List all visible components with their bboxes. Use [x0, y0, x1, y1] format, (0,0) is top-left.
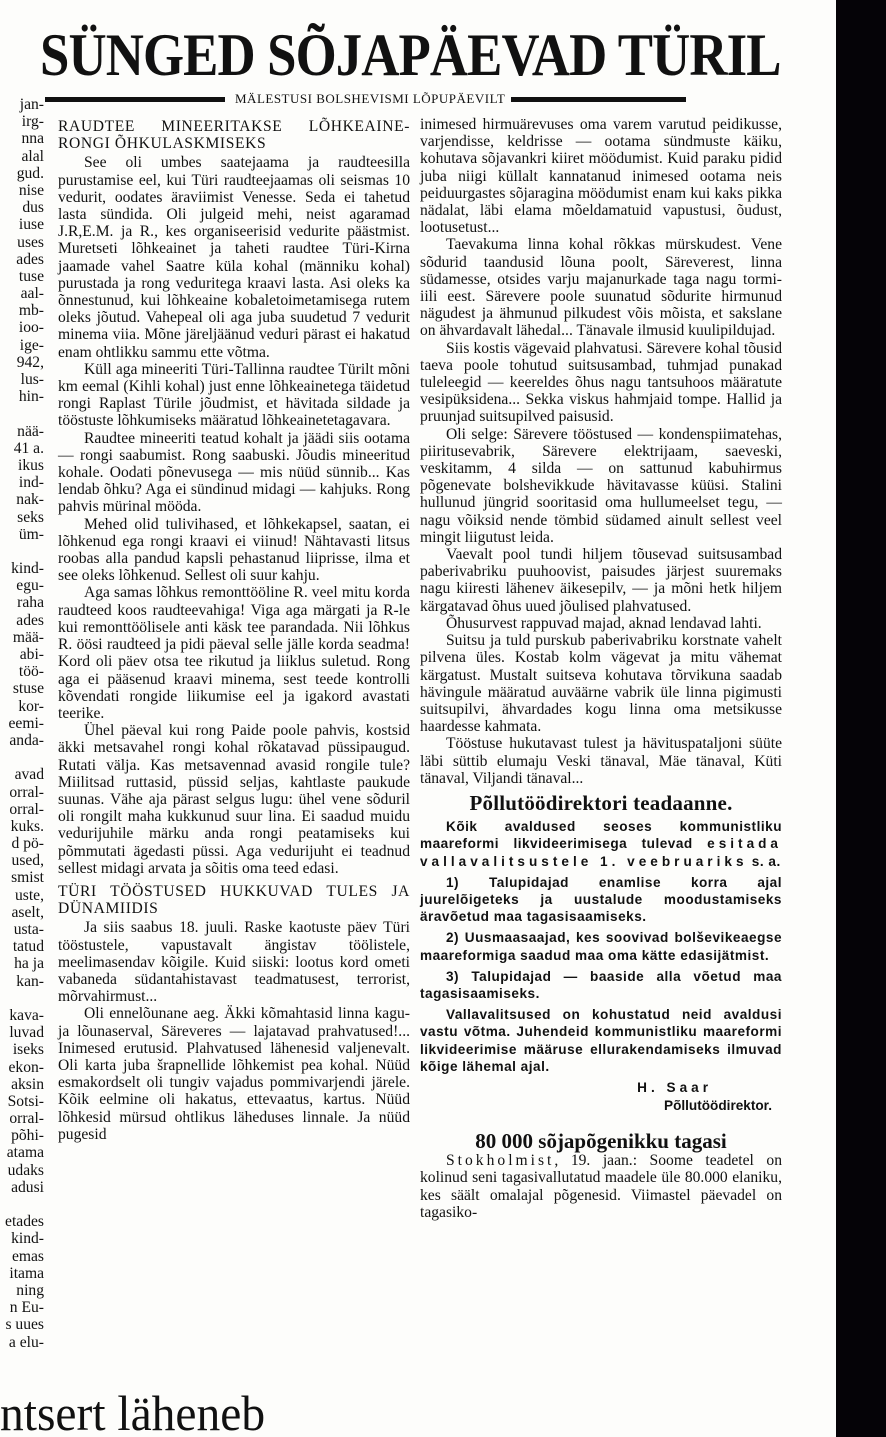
fragment-line: kava- [0, 1007, 44, 1024]
fragment-line: raha [0, 594, 44, 611]
paragraph: Mehed olid tulivihased, et lõhkekapsel, … [58, 516, 410, 585]
notice-closing: Vallavalitsused on kohustatud neid avald… [420, 1006, 782, 1075]
fragment-line: irg- [0, 113, 44, 130]
fragment-line: nise [0, 182, 44, 199]
fragment-line: uses [0, 234, 44, 251]
paragraph: Aga samas lõhkus remonttööline R. veel m… [58, 584, 410, 722]
fragment-line [0, 1196, 44, 1213]
subheadline-row: MÄLESTUSI BOLSHEVISMI LÕPUPÄEVILT [45, 91, 780, 107]
fragment-line: ekon- [0, 1059, 44, 1076]
fragment-line: Sotsi- [0, 1093, 44, 1110]
paragraph: Vaevalt pool tundi hiljem tõusevad suits… [420, 546, 782, 615]
fragment-line: tatud [0, 938, 44, 955]
paragraph: Ühel päeval kui rong Paide poole pahvis,… [58, 722, 410, 877]
notice-item: 1) Talupidajad enamlise korra ajal juure… [420, 874, 782, 926]
fragment-line: orral- [0, 784, 44, 801]
fragment-line: usta- [0, 921, 44, 938]
fragment-line: orral- [0, 1110, 44, 1127]
notice-intro: Kõik avaldused seoses kommunistliku maar… [420, 818, 782, 870]
paragraph: Oli selge: Särevere tööstused — kondensp… [420, 426, 782, 546]
fragment-line: itama [0, 1265, 44, 1282]
fragment-line: ige- [0, 337, 44, 354]
fragment-line: egu- [0, 577, 44, 594]
fragment-line: tuse [0, 268, 44, 285]
notice-intro-end: s. a. [748, 854, 781, 869]
news-title: 80 000 sõjapõgenikku tagasi [420, 1133, 782, 1150]
fragment-line: nak- [0, 491, 44, 508]
signature-name: H. Saar [420, 1079, 782, 1097]
fragment-line [0, 543, 44, 560]
fragment-line: emas [0, 1248, 44, 1265]
fragment-line: nää- [0, 423, 44, 440]
fragment-line: orral- [0, 801, 44, 818]
paragraph: Ja siis saabus 18. juuli. Raske kaotuste… [58, 919, 410, 1005]
fragment-line: 41 a. [0, 440, 44, 457]
fragment-line: ikus [0, 457, 44, 474]
fragment-line: a elu- [0, 1334, 44, 1351]
paragraph: Siis kostis vägevaid plahvatusi. Särever… [420, 340, 782, 426]
fragment-line: seks [0, 509, 44, 526]
fragment-line: kan- [0, 973, 44, 990]
fragment-line: gud. [0, 165, 44, 182]
fragment-line: dus [0, 199, 44, 216]
fragment-line [0, 749, 44, 766]
fragment-line: iseks [0, 1041, 44, 1058]
fragment-line: mb- [0, 302, 44, 319]
fragment-line: põhi- [0, 1127, 44, 1144]
fragment-line [0, 405, 44, 422]
fragment-line: mää- [0, 629, 44, 646]
rule-divider [511, 97, 686, 102]
paragraph: Taevakuma linna kohal rõkkas mürskudest.… [420, 236, 782, 339]
fragment-line: anda- [0, 732, 44, 749]
news-dateline: Stokholmist [446, 1152, 554, 1169]
fragment-line: s uues [0, 1316, 44, 1333]
fragment-line: etades [0, 1213, 44, 1230]
paragraph: Tööstuse hukutavast tulest ja hävituspat… [420, 735, 782, 787]
fragment-line: avad [0, 766, 44, 783]
scan-dark-edge [836, 0, 886, 1437]
fragment-line: lus- [0, 371, 44, 388]
paragraph: Küll aga mineeriti Türi-Tallinna raudtee… [58, 361, 410, 430]
section-heading: TÜRI TÖÖSTUSED HUKKUVAD TULES JA DÜNAMII… [58, 883, 410, 917]
paragraph: Raudtee mineeriti teatud kohalt ja jäädi… [58, 430, 410, 516]
fragment-line: used, [0, 852, 44, 869]
fragment-line: kuks. [0, 818, 44, 835]
fragment-line: ha ja [0, 955, 44, 972]
paragraph: Õhusurvest rappuvad majad, aknad lendava… [420, 615, 782, 632]
fragment-line: adusi [0, 1179, 44, 1196]
fragment-line: aal- [0, 285, 44, 302]
notice-title: Põllutöödirektori teadaanne. [420, 795, 782, 812]
fragment-line: luvad [0, 1024, 44, 1041]
fragment-line: uste, [0, 887, 44, 904]
article-column-1: RAUDTEE MINEERITAKSE LÕHKEAINE-RONGI ÕHK… [58, 116, 410, 1143]
fragment-line: kind- [0, 560, 44, 577]
notice-signature: H. Saar Põllutöödirektor. [420, 1079, 782, 1115]
paragraph: Oli ennelõunane aeg. Äkki kõmahtasid lin… [58, 1005, 410, 1143]
fragment-line: iuse [0, 216, 44, 233]
fragment-line: ades [0, 251, 44, 268]
notice-item: 3) Talupidajad — baaside alla võetud maa… [420, 968, 782, 1002]
fragment-line: udaks [0, 1162, 44, 1179]
next-article-headline-fragment: ntsert läheneb [0, 1385, 265, 1437]
fragment-line: 942, [0, 354, 44, 371]
fragment-line: n Eu- [0, 1299, 44, 1316]
fragment-line: d pö- [0, 835, 44, 852]
fragment-line: abi- [0, 646, 44, 663]
fragment-line [0, 990, 44, 1007]
fragment-line: kind- [0, 1230, 44, 1247]
rule-divider [45, 97, 225, 102]
article-column-2: inimesed hirmuärevuses oma varem varutud… [420, 116, 782, 1221]
section-heading: RAUDTEE MINEERITAKSE LÕHKEAINE-RONGI ÕHK… [58, 118, 410, 152]
paragraph: Suitsu ja tuld purskub paberivabriku kor… [420, 632, 782, 735]
fragment-line: nna [0, 130, 44, 147]
fragment-line: jan- [0, 96, 44, 113]
fragment-line: kor- [0, 698, 44, 715]
fragment-line: eemi- [0, 715, 44, 732]
fragment-line: aselt, [0, 904, 44, 921]
news-text: Stokholmist, 19. jaan.: Soome teadetel o… [420, 1152, 782, 1221]
fragment-line: ioo- [0, 319, 44, 336]
fragment-line: aksin [0, 1076, 44, 1093]
fragment-line: ades [0, 612, 44, 629]
notice-block: Põllutöödirektori teadaanne. Kõik avaldu… [420, 795, 782, 1115]
article-subheadline: MÄLESTUSI BOLSHEVISMI LÕPUPÄEVILT [235, 91, 505, 107]
adjacent-column-fragment: jan-irg-nnaalalgud.nisedusiuseusesadestu… [0, 96, 44, 1351]
fragment-line: ind- [0, 474, 44, 491]
paragraph: inimesed hirmuärevuses oma varem varutud… [420, 116, 782, 236]
fragment-line: stuse [0, 680, 44, 697]
fragment-line: hin- [0, 388, 44, 405]
fragment-line: smist [0, 869, 44, 886]
fragment-line: alal [0, 148, 44, 165]
fragment-line: töö- [0, 663, 44, 680]
fragment-line: ning [0, 1282, 44, 1299]
paragraph: See oli umbes saatejaama ja raudteesilla… [58, 154, 410, 360]
signature-title: Põllutöödirektor. [420, 1097, 782, 1115]
fragment-line: üm- [0, 526, 44, 543]
fragment-line: atama [0, 1144, 44, 1161]
article-headline: SÜNGED SÕJAPÄEVAD TÜRIL [40, 22, 709, 88]
notice-item: 2) Uusmaasaajad, kes soovivad bolševikea… [420, 929, 782, 963]
